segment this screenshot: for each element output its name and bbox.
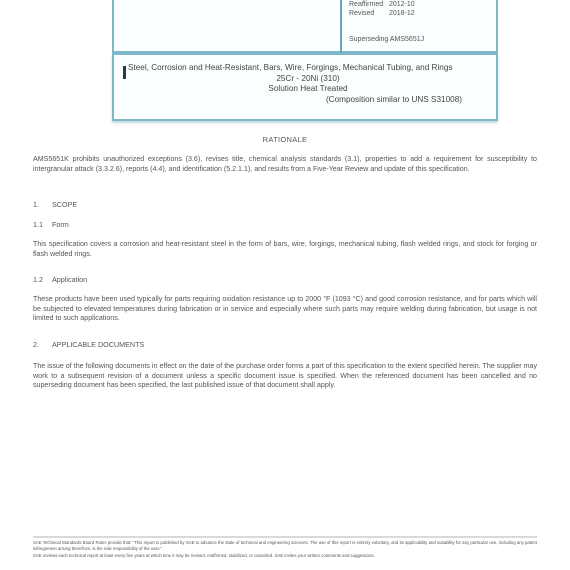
title-line-2: 25Cr - 20Ni (310) [128,74,488,85]
date-row-revised: Revised 2018-12 [349,9,415,18]
footer: SAE Technical Standards Board Rules prov… [33,540,537,561]
section-title: Form [52,220,69,229]
superseding-note: Superseding AMS5651J [349,36,424,43]
section-1-2-text: These products have been used typically … [33,295,537,324]
document-page: Reaffirmed 2012-10 Revised 2018-12 Super… [0,0,570,570]
section-2-heading: 2.APPLICABLE DOCUMENTS [33,340,144,349]
section-title: APPLICABLE DOCUMENTS [52,340,144,349]
section-1-2-heading: 1.2Application [33,275,87,284]
section-2-text: The issue of the following documents in … [33,362,537,391]
title-line-4: (Composition similar to UNS S31008) [128,95,488,106]
footer-paragraph-2: SAE reviews each technical report at lea… [33,553,537,559]
date-value: 2012-10 [389,0,415,9]
header-dates: Reaffirmed 2012-10 Revised 2018-12 [349,0,415,18]
section-number: 2. [33,340,52,349]
section-number: 1.1 [33,220,52,229]
section-1-heading: 1.SCOPE [33,200,77,209]
date-row-reaffirmed: Reaffirmed 2012-10 [349,0,415,9]
header-divider [340,0,342,53]
title-line-3: Solution Heat Treated [128,84,488,95]
title-line-1: Steel, Corrosion and Heat-Resistant, Bar… [128,63,488,74]
header-box [112,0,498,53]
date-value: 2018-12 [389,9,415,18]
section-number: 1. [33,200,52,209]
rationale-heading: RATIONALE [0,135,570,144]
footer-divider [33,536,537,538]
section-1-1-text: This specification covers a corrosion an… [33,240,537,259]
section-title: SCOPE [52,200,77,209]
section-title: Application [52,275,87,284]
document-title: Steel, Corrosion and Heat-Resistant, Bar… [128,63,488,105]
footer-paragraph-1: SAE Technical Standards Board Rules prov… [33,540,537,551]
date-label: Revised [349,9,389,18]
date-label: Reaffirmed [349,0,389,9]
section-1-1-heading: 1.1Form [33,220,69,229]
title-marker [123,66,126,79]
rationale-text: AMS5651K prohibits unauthorized exceptio… [33,155,537,174]
section-number: 1.2 [33,275,52,284]
